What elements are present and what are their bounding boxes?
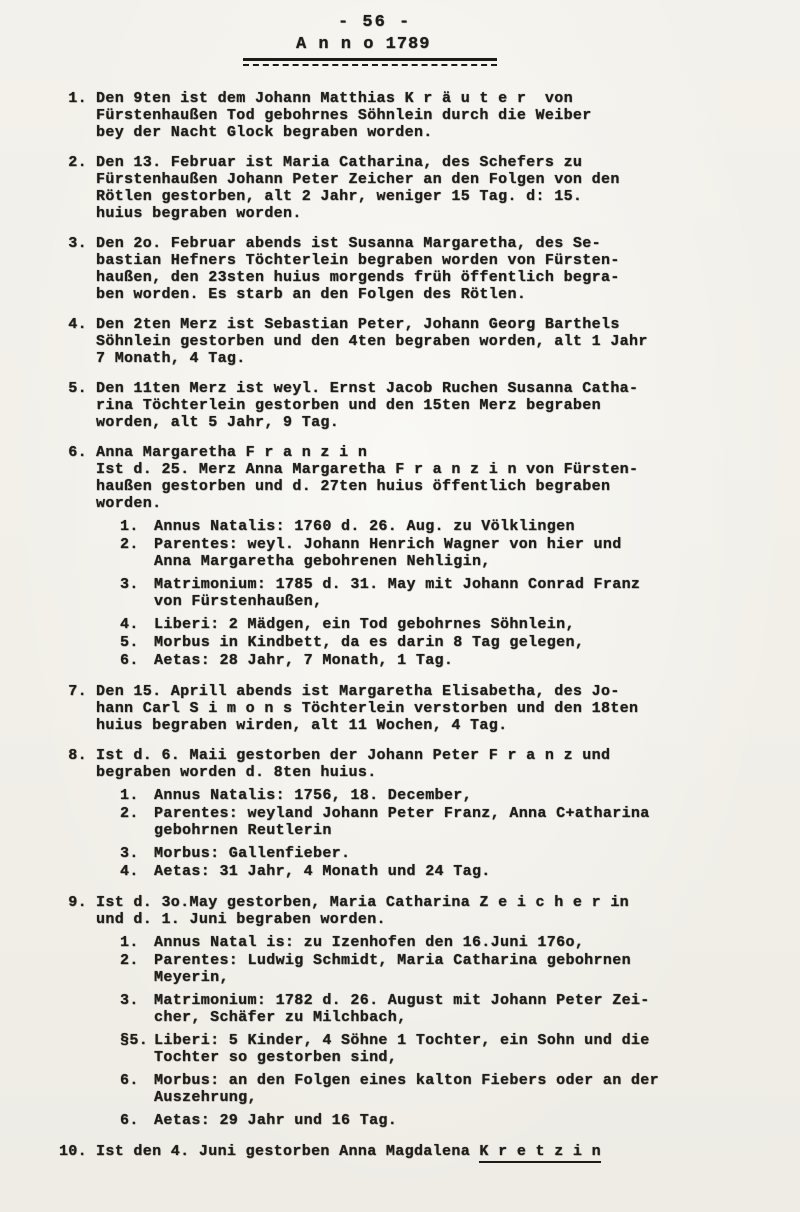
register-entries: 1.Den 9ten ist dem Johann Matthias K r ä… (0, 90, 800, 1160)
scanned-register-page: - 56 - A n n o 1789 1.Den 9ten ist dem J… (0, 0, 800, 1212)
subitem-text-line: Annus Natalis: 1760 d. 26. Aug. zu Völkl… (154, 518, 800, 535)
register-entry: 5.Den 11ten Merz ist weyl. Ernst Jacob R… (0, 380, 800, 431)
entry-text-line: huius begraben wirden, alt 11 Wochen, 4 … (96, 717, 800, 734)
entry-subitem: 1.Annus Natalis: 1760 d. 26. Aug. zu Völ… (120, 518, 800, 535)
subitem-text-line: Annus Natal is: zu Izenhofen den 16.Juni… (154, 934, 800, 951)
subitem-text-line: Meyerin, (154, 969, 800, 986)
subitem-number: 3. (120, 845, 154, 862)
entry-subitem: 6.Aetas: 28 Jahr, 7 Monath, 1 Tag. (120, 652, 800, 669)
subitem-text-line: Parentes: weyland Johann Peter Franz, An… (154, 805, 800, 822)
entry-text-line: rina Töchterlein gestorben und den 15ten… (96, 397, 800, 414)
title-underline-rule (243, 58, 497, 66)
entry-body: Ist d. 3o.May gestorben, Maria Catharina… (96, 894, 800, 1130)
subitem-text-line: Aetas: 31 Jahr, 4 Monath und 24 Tag. (154, 863, 800, 880)
entry-subitem: 4.Liberi: 2 Mädgen, ein Tod gebohrnes Sö… (120, 616, 800, 633)
subitem-number: 1. (120, 787, 154, 804)
entry-number: 1. (0, 90, 96, 141)
subitem-number: §5. (120, 1032, 154, 1066)
entry-subitems: 1.Annus Natalis: 1760 d. 26. Aug. zu Völ… (120, 518, 800, 669)
entry-text-line: begraben worden d. 8ten huius. (96, 764, 800, 781)
entry-number: 7. (0, 683, 96, 734)
entry-text-line: huius begraben worden. (96, 205, 800, 222)
subitem-text-line: gebohrnen Reutlerin (154, 822, 800, 839)
entry-text-line: worden. (96, 495, 800, 512)
subitem-number: 6. (120, 652, 154, 669)
entry-text-line: ben worden. Es starb an den Folgen des R… (96, 286, 800, 303)
underlined-surname: K r e t z i n (479, 1143, 601, 1163)
entry-body: Den 11ten Merz ist weyl. Ernst Jacob Ruc… (96, 380, 800, 431)
entry-body: Den 13. Februar ist Maria Catharina, des… (96, 154, 800, 222)
page-title: A n n o 1789 (296, 35, 800, 55)
entry-subitem: 3.Matrimonium: 1782 d. 26. August mit Jo… (120, 992, 800, 1026)
subitem-body: Morbus: an den Folgen eines kalton Fiebe… (154, 1072, 800, 1106)
entry-text-line: Ist d. 25. Merz Anna Margaretha F r a n … (96, 461, 800, 478)
entry-subitem: 3.Morbus: Gallenfieber. (120, 845, 800, 862)
entry-number: 3. (0, 235, 96, 303)
subitem-body: Aetas: 28 Jahr, 7 Monath, 1 Tag. (154, 652, 800, 669)
entry-subitem: 2.Parentes: weyl. Johann Henrich Wagner … (120, 536, 800, 570)
subitem-text-line: Morbus: Gallenfieber. (154, 845, 800, 862)
entry-text-line: haußen gestorben und d. 27ten huius öffe… (96, 478, 800, 495)
register-entry: 10.Ist den 4. Juni gestorben Anna Magdal… (0, 1143, 800, 1160)
entry-text-line: Söhnlein gestorben und den 4ten begraben… (96, 333, 800, 350)
subitem-number: 4. (120, 863, 154, 880)
subitem-number: 2. (120, 952, 154, 986)
subitem-text-line: Auszehrung, (154, 1089, 800, 1106)
subitem-number: 1. (120, 518, 154, 535)
entry-body: Ist d. 6. Maii gestorben der Johann Pete… (96, 747, 800, 881)
subitem-body: Matrimonium: 1785 d. 31. May mit Johann … (154, 576, 800, 610)
entry-text-line: worden, alt 5 Jahr, 9 Tag. (96, 414, 800, 431)
subitem-text-line: Aetas: 29 Jahr und 16 Tag. (154, 1112, 800, 1129)
entry-subitem: 5.Morbus in Kindbett, da es darin 8 Tag … (120, 634, 800, 651)
register-entry: 1.Den 9ten ist dem Johann Matthias K r ä… (0, 90, 800, 141)
entry-number: 8. (0, 747, 96, 881)
entry-text-line: bastian Hefners Töchterlein begraben wor… (96, 252, 800, 269)
subitem-number: 3. (120, 992, 154, 1026)
subitem-number: 6. (120, 1072, 154, 1106)
subitem-text-line: Morbus: an den Folgen eines kalton Fiebe… (154, 1072, 800, 1089)
entry-number: 4. (0, 316, 96, 367)
subitem-body: Annus Natalis: 1760 d. 26. Aug. zu Völkl… (154, 518, 800, 535)
subitem-body: Parentes: Ludwig Schmidt, Maria Catharin… (154, 952, 800, 986)
entry-text-line: bey der Nacht Glock begraben worden. (96, 124, 800, 141)
subitem-body: Annus Natalis: 1756, 18. December, (154, 787, 800, 804)
subitem-text-line: Matrimonium: 1785 d. 31. May mit Johann … (154, 576, 800, 593)
subitem-body: Liberi: 2 Mädgen, ein Tod gebohrnes Söhn… (154, 616, 800, 633)
subitem-number: 4. (120, 616, 154, 633)
subitem-text-line: Matrimonium: 1782 d. 26. August mit Joha… (154, 992, 800, 1009)
entry-text-line: Rötlen gestorben, alt 2 Jahr, weniger 15… (96, 188, 800, 205)
register-entry: 4.Den 2ten Merz ist Sebastian Peter, Joh… (0, 316, 800, 367)
entry-body: Den 15. Aprill abends ist Margaretha Eli… (96, 683, 800, 734)
entry-subitems: 1.Annus Natal is: zu Izenhofen den 16.Ju… (120, 934, 800, 1129)
subitem-body: Morbus: Gallenfieber. (154, 845, 800, 862)
subitem-text-line: Morbus in Kindbett, da es darin 8 Tag ge… (154, 634, 800, 651)
subitem-number: 3. (120, 576, 154, 610)
entry-subitem: 6.Morbus: an den Folgen eines kalton Fie… (120, 1072, 800, 1106)
subitem-number: 2. (120, 805, 154, 839)
entry-number: 6. (0, 444, 96, 670)
subitem-body: Parentes: weyl. Johann Henrich Wagner vo… (154, 536, 800, 570)
subitem-number: 2. (120, 536, 154, 570)
register-entry: 2.Den 13. Februar ist Maria Catharina, d… (0, 154, 800, 222)
entry-text-line: Fürstenhaußen Tod gebohrnes Söhnlein dur… (96, 107, 800, 124)
entry-text-line: Den 11ten Merz ist weyl. Ernst Jacob Ruc… (96, 380, 800, 397)
subitem-text-line: cher, Schäfer zu Milchbach, (154, 1009, 800, 1026)
entry-subitem: 2.Parentes: weyland Johann Peter Franz, … (120, 805, 800, 839)
page-number: - 56 - (338, 14, 800, 32)
entry-text-line: hann Carl S i m o n s Töchterlein versto… (96, 700, 800, 717)
entry-number: 5. (0, 380, 96, 431)
subitem-body: Morbus in Kindbett, da es darin 8 Tag ge… (154, 634, 800, 651)
entry-text-line: 7 Monath, 4 Tag. (96, 350, 800, 367)
register-entry: 8.Ist d. 6. Maii gestorben der Johann Pe… (0, 747, 800, 881)
register-entry: 6.Anna Margaretha F r a n z i nIst d. 25… (0, 444, 800, 670)
entry-text-line: Den 9ten ist dem Johann Matthias K r ä u… (96, 90, 800, 107)
entry-subitem: 4.Aetas: 31 Jahr, 4 Monath und 24 Tag. (120, 863, 800, 880)
entry-text-line: Ist den 4. Juni gestorben Anna Magdalena… (96, 1143, 800, 1160)
subitem-body: Aetas: 29 Jahr und 16 Tag. (154, 1112, 800, 1129)
subitem-body: Aetas: 31 Jahr, 4 Monath und 24 Tag. (154, 863, 800, 880)
entry-subitem: 1.Annus Natal is: zu Izenhofen den 16.Ju… (120, 934, 800, 951)
subitem-body: Parentes: weyland Johann Peter Franz, An… (154, 805, 800, 839)
entry-subitem: 2.Parentes: Ludwig Schmidt, Maria Cathar… (120, 952, 800, 986)
entry-text-line: Den 2ten Merz ist Sebastian Peter, Johan… (96, 316, 800, 333)
entry-body: Anna Margaretha F r a n z i nIst d. 25. … (96, 444, 800, 670)
entry-body: Den 2o. Februar abends ist Susanna Marga… (96, 235, 800, 303)
subitem-text-line: Liberi: 5 Kinder, 4 Söhne 1 Tochter, ein… (154, 1032, 800, 1049)
entry-subitems: 1.Annus Natalis: 1756, 18. December,2.Pa… (120, 787, 800, 880)
subitem-text-line: Tochter so gestorben sind, (154, 1049, 800, 1066)
register-entry: 7.Den 15. Aprill abends ist Margaretha E… (0, 683, 800, 734)
entry-subitem: 3.Matrimonium: 1785 d. 31. May mit Johan… (120, 576, 800, 610)
subitem-text-line: Anna Margaretha gebohrenen Nehligin, (154, 553, 800, 570)
entry-text-line: Den 15. Aprill abends ist Margaretha Eli… (96, 683, 800, 700)
subitem-number: 6. (120, 1112, 154, 1129)
entry-body: Den 2ten Merz ist Sebastian Peter, Johan… (96, 316, 800, 367)
entry-text-line: Ist d. 3o.May gestorben, Maria Catharina… (96, 894, 800, 911)
subitem-number: 5. (120, 634, 154, 651)
subitem-text-line: Parentes: Ludwig Schmidt, Maria Catharin… (154, 952, 800, 969)
entry-body: Den 9ten ist dem Johann Matthias K r ä u… (96, 90, 800, 141)
subitem-body: Matrimonium: 1782 d. 26. August mit Joha… (154, 992, 800, 1026)
entry-number: 9. (0, 894, 96, 1130)
subitem-text-line: Annus Natalis: 1756, 18. December, (154, 787, 800, 804)
subitem-text-line: Parentes: weyl. Johann Henrich Wagner vo… (154, 536, 800, 553)
register-entry: 9.Ist d. 3o.May gestorben, Maria Cathari… (0, 894, 800, 1130)
entry-subitem: §5.Liberi: 5 Kinder, 4 Söhne 1 Tochter, … (120, 1032, 800, 1066)
entry-text-line: Den 13. Februar ist Maria Catharina, des… (96, 154, 800, 171)
entry-number: 10. (0, 1143, 96, 1160)
entry-text-line: Anna Margaretha F r a n z i n (96, 444, 800, 461)
subitem-body: Annus Natal is: zu Izenhofen den 16.Juni… (154, 934, 800, 951)
subitem-body: Liberi: 5 Kinder, 4 Söhne 1 Tochter, ein… (154, 1032, 800, 1066)
entry-text-line: und d. 1. Juni begraben worden. (96, 911, 800, 928)
entry-body: Ist den 4. Juni gestorben Anna Magdalena… (96, 1143, 800, 1160)
entry-subitem: 6.Aetas: 29 Jahr und 16 Tag. (120, 1112, 800, 1129)
entry-number: 2. (0, 154, 96, 222)
entry-text-line: Fürstenhaußen Johann Peter Zeicher an de… (96, 171, 800, 188)
subitem-text-line: Aetas: 28 Jahr, 7 Monath, 1 Tag. (154, 652, 800, 669)
entry-text-line: Ist d. 6. Maii gestorben der Johann Pete… (96, 747, 800, 764)
subitem-text-line: von Fürstenhaußen, (154, 593, 800, 610)
subitem-number: 1. (120, 934, 154, 951)
subitem-text-line: Liberi: 2 Mädgen, ein Tod gebohrnes Söhn… (154, 616, 800, 633)
entry-text-line: haußen, den 23sten huius morgends früh ö… (96, 269, 800, 286)
entry-text-line: Den 2o. Februar abends ist Susanna Marga… (96, 235, 800, 252)
entry-subitem: 1.Annus Natalis: 1756, 18. December, (120, 787, 800, 804)
register-entry: 3.Den 2o. Februar abends ist Susanna Mar… (0, 235, 800, 303)
